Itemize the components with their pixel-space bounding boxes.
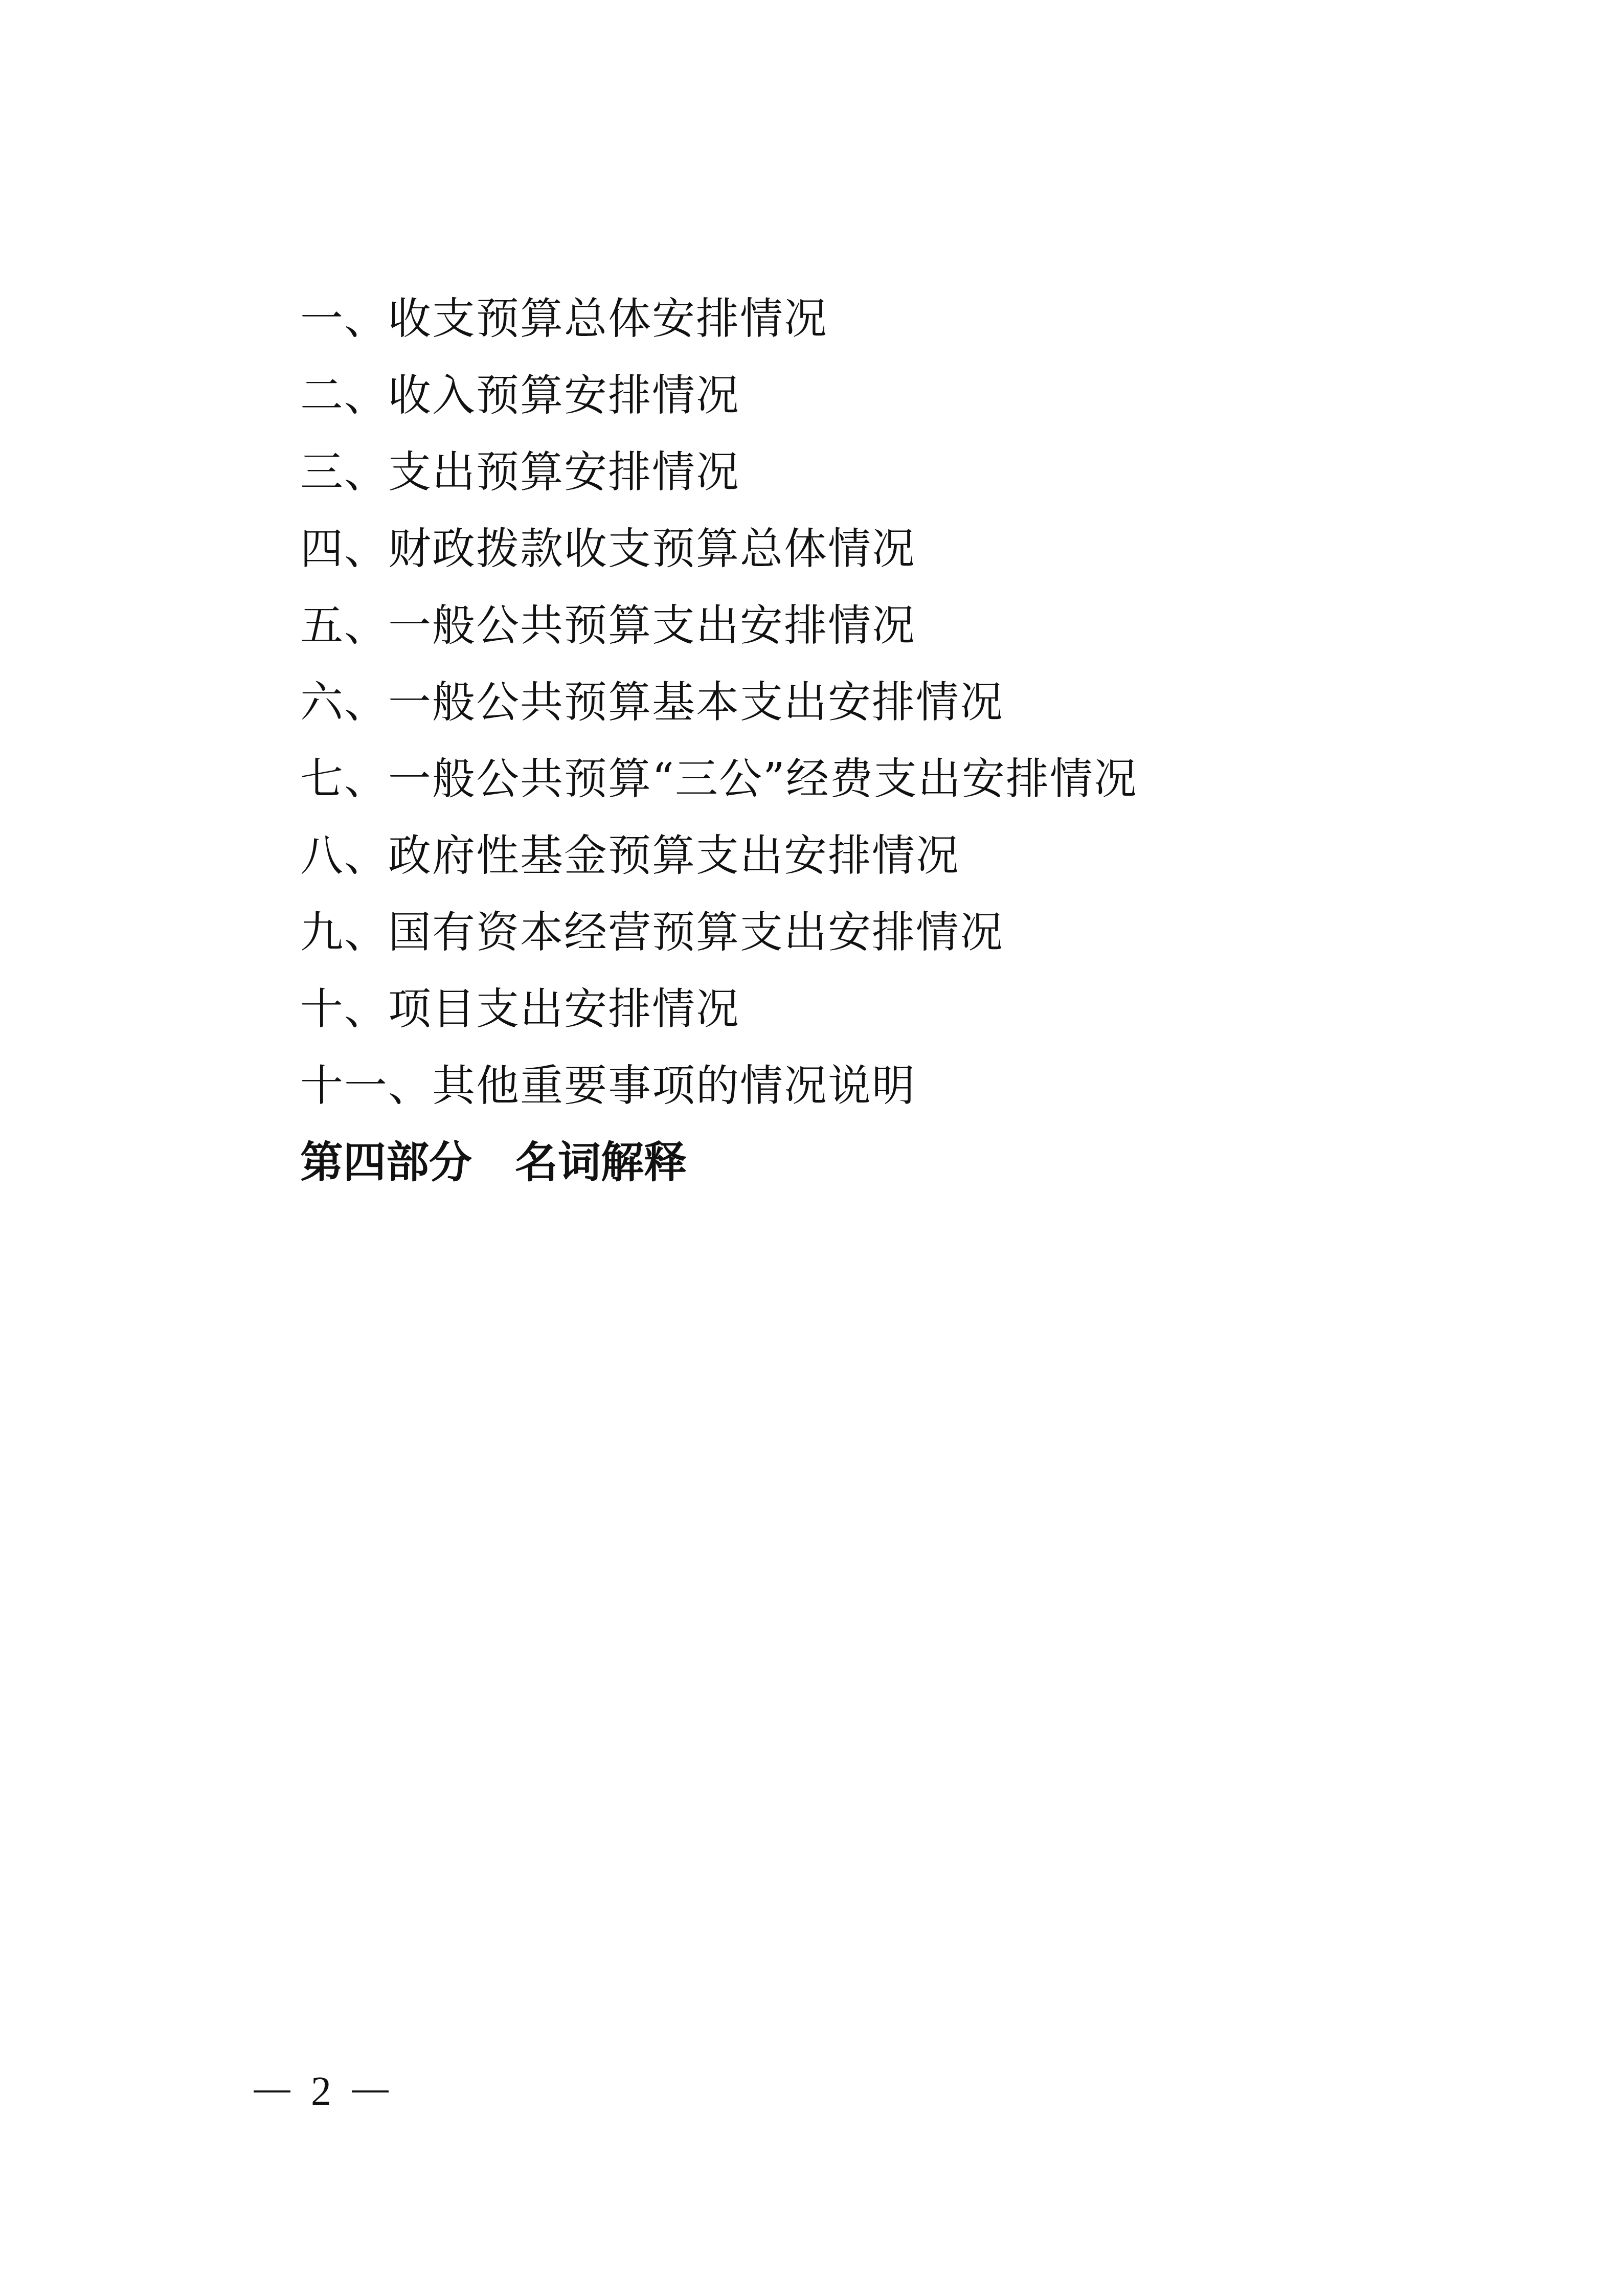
page-number: 2 (311, 2066, 331, 2117)
toc-item-7: 七、一般公共预算“三公”经费支出安排情况 (300, 740, 1138, 817)
document-page: 一、收支预算总体安排情况 二、收入预算安排情况 三、支出预算安排情况 四、财政拨… (0, 0, 1623, 2296)
toc-item-10: 十、项目支出安排情况 (300, 971, 1138, 1047)
toc-item-1: 一、收支预算总体安排情况 (300, 280, 1138, 357)
toc-item-3: 三、支出预算安排情况 (300, 434, 1138, 510)
part-four-heading: 第四部分 名词解释 (300, 1124, 1138, 1201)
toc-item-8: 八、政府性基金预算支出安排情况 (300, 817, 1138, 894)
toc-item-9: 九、国有资本经营预算支出安排情况 (300, 894, 1138, 971)
dash-left (254, 2090, 290, 2092)
page-footer: 2 (254, 2066, 389, 2117)
toc-item-2: 二、收入预算安排情况 (300, 357, 1138, 434)
table-of-contents: 一、收支预算总体安排情况 二、收入预算安排情况 三、支出预算安排情况 四、财政拨… (300, 280, 1138, 1201)
dash-right (352, 2090, 389, 2092)
toc-item-4: 四、财政拨款收支预算总体情况 (300, 510, 1138, 587)
toc-item-6: 六、一般公共预算基本支出安排情况 (300, 664, 1138, 740)
toc-item-5: 五、一般公共预算支出安排情况 (300, 587, 1138, 664)
toc-item-11: 十一、其他重要事项的情况说明 (300, 1047, 1138, 1124)
